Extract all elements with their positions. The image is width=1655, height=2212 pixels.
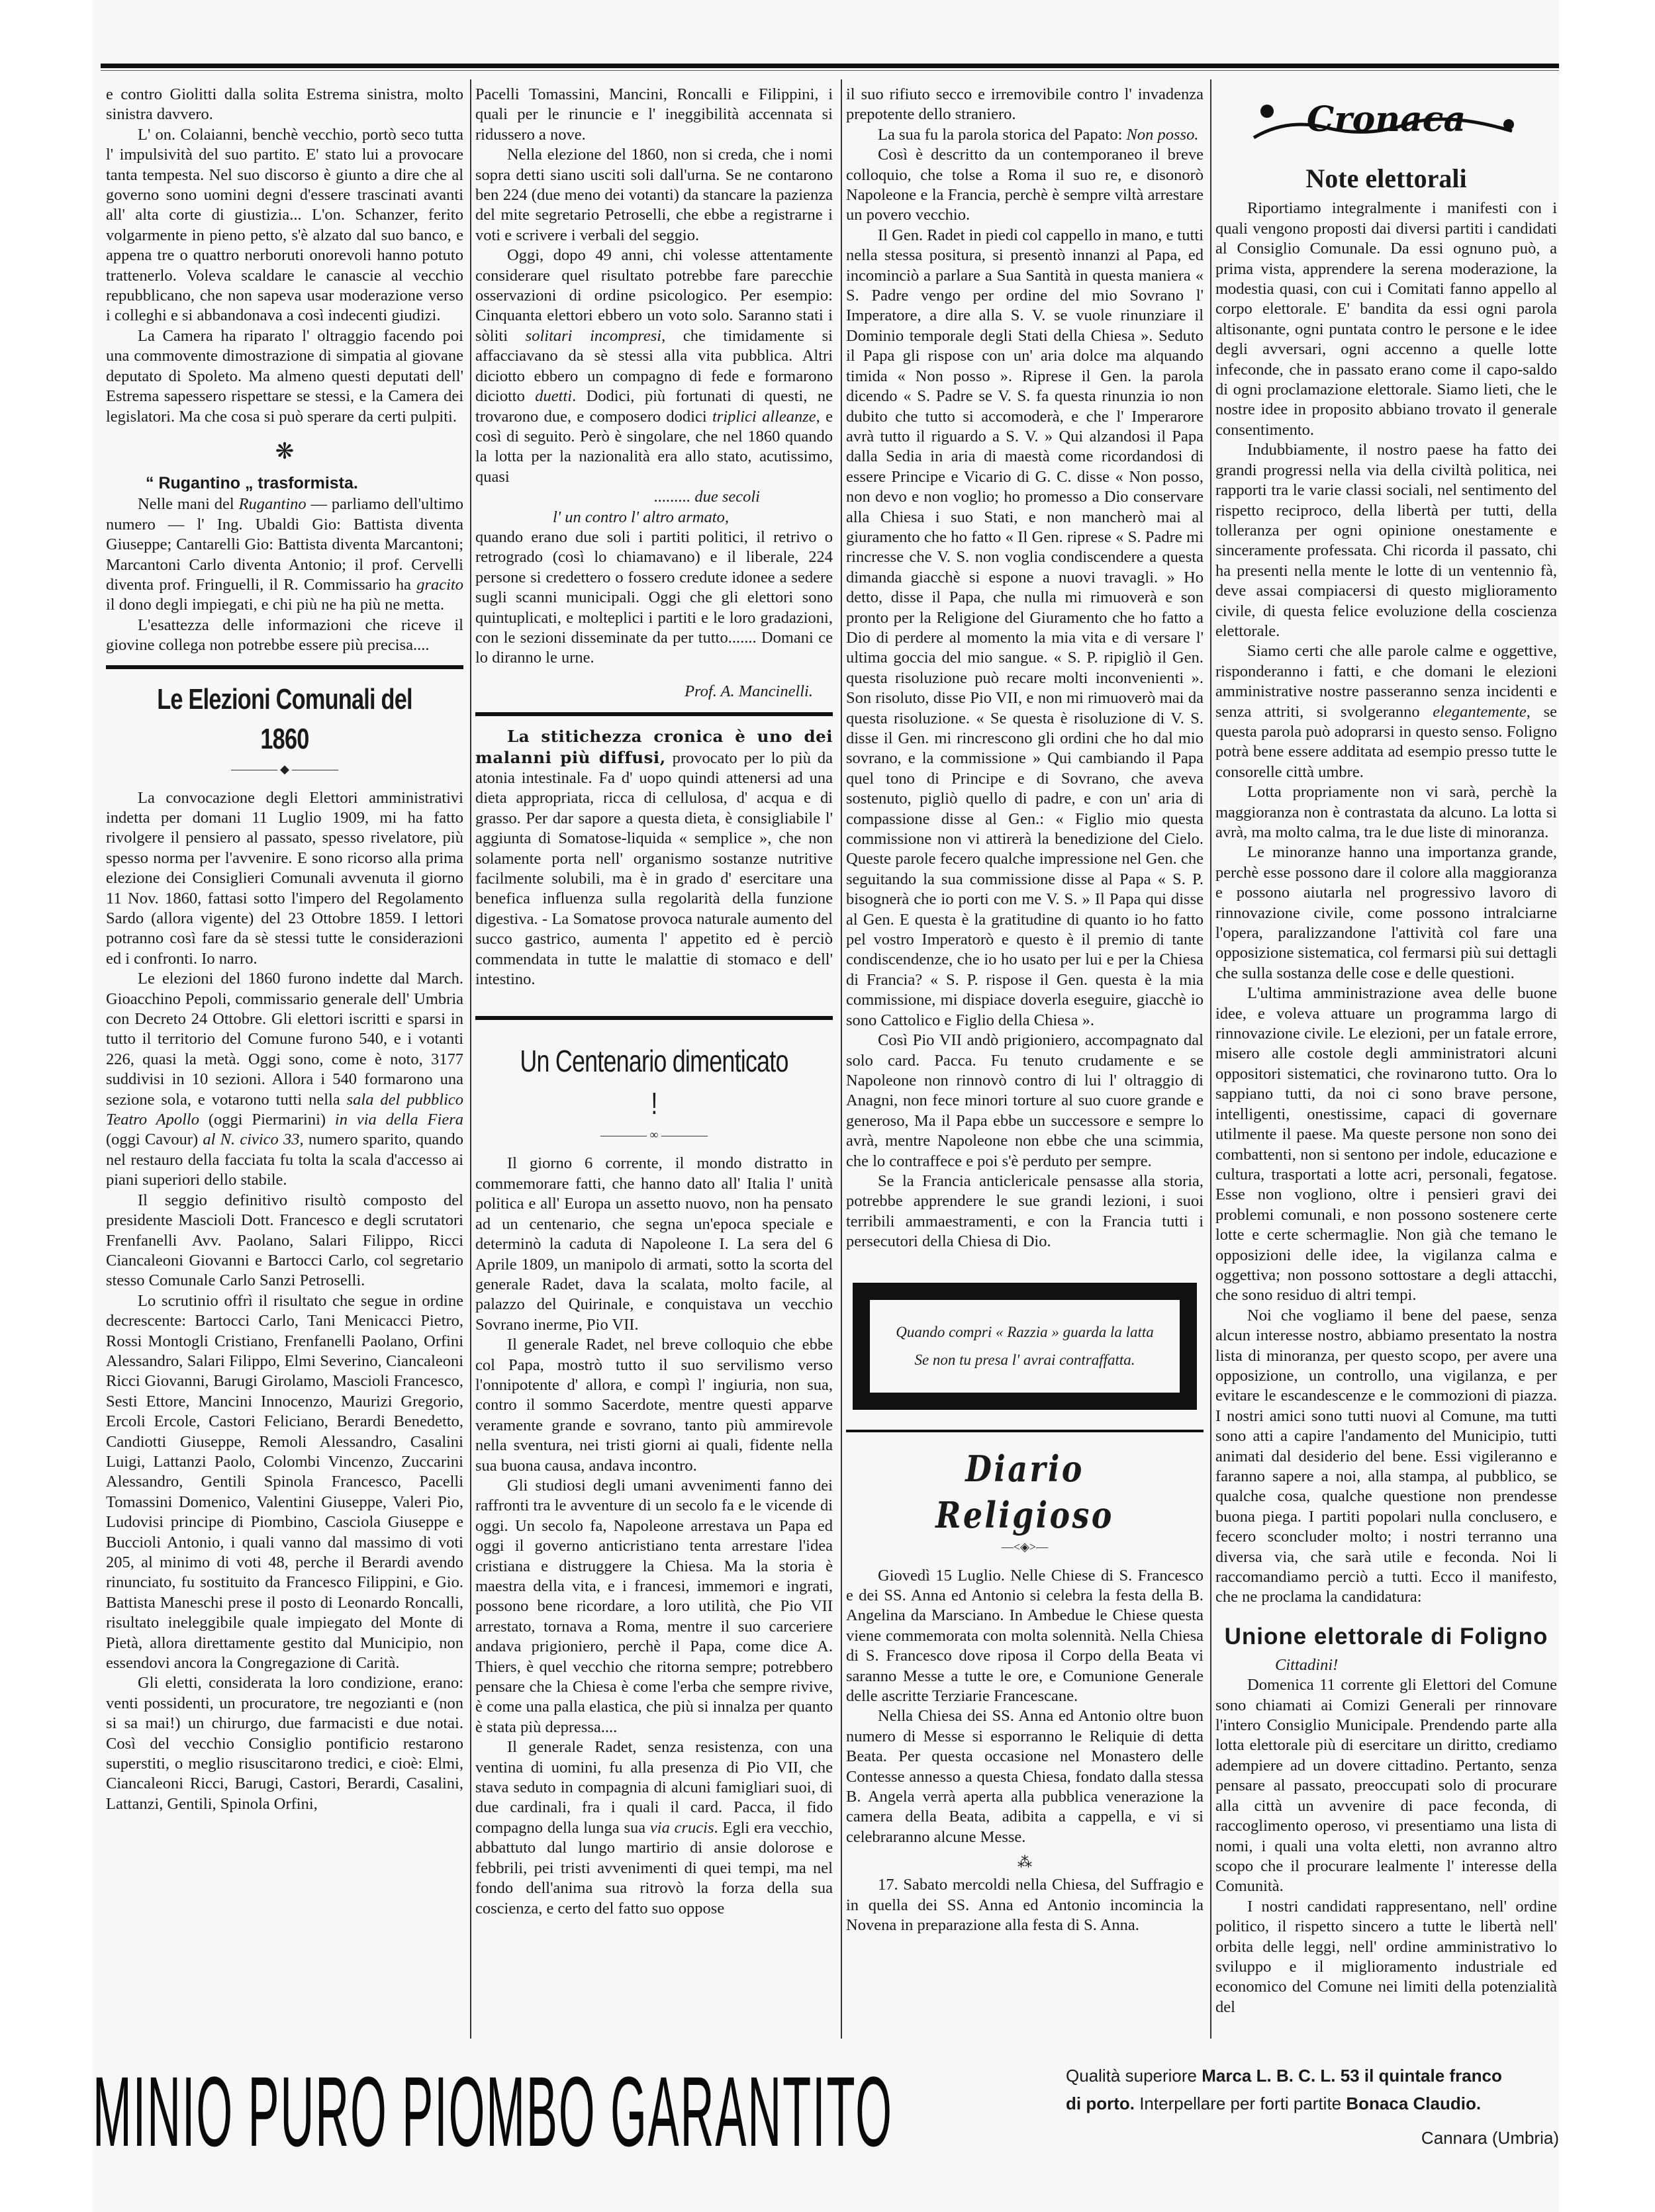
article-paragraph: Il seggio definitivo risultò composto de…	[106, 1191, 463, 1291]
top-rule	[101, 64, 1559, 68]
cronaca-masthead: Cronaca	[1215, 91, 1557, 156]
article-paragraph: Nella Chiesa dei SS. Anna ed Antonio olt…	[846, 1706, 1204, 1847]
article-paragraph: La convocazione degli Elettori amministr…	[106, 788, 463, 970]
diario-religioso-heading: Diario Religioso	[873, 1446, 1177, 1538]
divider-ornament-icon: ◆	[106, 762, 463, 776]
frame-line: Quando compri « Razzia » guarda la latta	[883, 1318, 1166, 1346]
centenario-heading: Un Centenario dimenticato !	[514, 1040, 793, 1125]
article-paragraph: Gli eletti, considerata la loro condizio…	[106, 1673, 463, 1814]
article-paragraph: Giovedì 15 Luglio. Nelle Chiese di S. Fr…	[846, 1566, 1204, 1707]
divider-ornament-icon: ∞	[475, 1127, 833, 1142]
column-1: e contro Giolitti dalla solita Estrema s…	[106, 85, 463, 1814]
author-signature: Prof. A. Mancinelli.	[475, 682, 813, 702]
article-paragraph: Le minoranze hanno una importanza grande…	[1215, 843, 1557, 984]
article-paragraph: Il generale Radet, nel breve colloquio c…	[475, 1335, 833, 1476]
advertisement-headline: MINIO PURO PIOMBO GARANTITO	[93, 2055, 553, 2168]
elezioni-heading: Le Elezioni Comunali del 1860	[145, 680, 424, 759]
article-paragraph: Gli studiosi degli umani avvenimenti fan…	[475, 1476, 833, 1737]
minio-advertisement: MINIO PURO PIOMBO GARANTITO Qualità supe…	[93, 2055, 1559, 2188]
verse-line: ......... due secoli	[475, 487, 833, 507]
article-paragraph: I nostri candidati rappresentano, nell' …	[1215, 1897, 1557, 2017]
article-paragraph: Se la Francia anticlericale pensasse all…	[846, 1172, 1204, 1252]
article-paragraph: Lotta propriamente non vi sarà, perchè l…	[1215, 782, 1557, 843]
article-paragraph: Nelle mani del Rugantino — parliamo dell…	[106, 494, 463, 615]
article-paragraph: L'ultima amministrazione avea delle buon…	[1215, 984, 1557, 1306]
article-paragraph: e contro Giolitti dalla solita Estrema s…	[106, 85, 463, 125]
article-paragraph: Domenica 11 corrente gli Elettori del Co…	[1215, 1675, 1557, 1896]
salutation: Cittadini!	[1215, 1655, 1557, 1675]
section-rule	[475, 712, 833, 716]
article-paragraph: Le elezioni del 1860 furono indette dal …	[106, 969, 463, 1190]
article-paragraph: La sua fu la parola storica del Papato: …	[846, 125, 1204, 145]
note-elettorali-heading: Note elettorali	[1215, 160, 1557, 197]
ornament-star-icon: ❋	[106, 438, 463, 467]
article-paragraph: Noi che vogliamo il bene del paese, senz…	[1215, 1306, 1557, 1608]
razzia-advertisement-frame: Quando compri « Razzia » guarda la latta…	[853, 1283, 1197, 1410]
article-paragraph: 17. Sabato mercoldi nella Chiesa, del Su…	[846, 1875, 1204, 1935]
newspaper-page: e contro Giolitti dalla solita Estrema s…	[93, 0, 1559, 2212]
article-paragraph: Il giorno 6 corrente, il mondo distratto…	[475, 1154, 833, 1335]
article-paragraph: il suo rifiuto secco e irremovibile cont…	[846, 85, 1204, 125]
cronaca-floral-logo-icon: Cronaca	[1247, 91, 1525, 151]
rugantino-heading: “ Rugantino „ trasformista.	[106, 473, 463, 493]
frame-line: Se non tu presa l' avrai contraffatta.	[883, 1346, 1166, 1374]
article-paragraph: La Camera ha riparato l' oltraggio facen…	[106, 326, 463, 427]
column-2: Pacelli Tomassini, Mancini, Roncalli e F…	[475, 85, 833, 1919]
article-paragraph: Lo scrutinio offrì il risultato che segu…	[106, 1291, 463, 1674]
unione-elettorale-heading: Unione elettorale di Foligno	[1215, 1620, 1557, 1654]
article-paragraph: Così Pio VII andò prigioniero, accompagn…	[846, 1031, 1204, 1172]
advertisement-paragraph: La stitichezza cronica è uno dei malanni…	[475, 727, 833, 990]
ad-line: di porto. Interpellare per forti partite…	[1066, 2090, 1559, 2117]
section-rule	[475, 1016, 833, 1020]
article-paragraph: Così è descritto da un contemporaneo il …	[846, 145, 1204, 226]
asterism-icon: ⁂	[846, 1857, 1204, 1868]
verse-line: l' un contro l' altro armato,	[475, 508, 833, 528]
column-divider	[470, 79, 471, 2039]
column-divider	[1210, 79, 1211, 2039]
article-paragraph: Pacelli Tomassini, Mancini, Roncalli e F…	[475, 85, 833, 145]
article-paragraph: Il generale Radet, senza resistenza, con…	[475, 1737, 833, 1919]
section-rule	[106, 665, 463, 669]
divider-ornament-icon: —<◈>—	[846, 1540, 1204, 1554]
column-4: Cronaca Note elettorali Riportiamo integ…	[1215, 85, 1557, 2017]
svg-text:Cronaca: Cronaca	[1307, 99, 1466, 140]
article-paragraph: Il Gen. Radet in piedi col cappello in m…	[846, 226, 1204, 1031]
section-rule	[846, 1430, 1204, 1432]
article-paragraph: Nella elezione del 1860, non si creda, c…	[475, 145, 833, 246]
article-paragraph: Oggi, dopo 49 anni, chi volesse attentam…	[475, 246, 833, 487]
article-paragraph: quando erano due soli i partiti politici…	[475, 528, 833, 668]
ad-place: Cannara (Umbria)	[1066, 2124, 1559, 2152]
top-rule-thin	[101, 70, 1559, 71]
column-3: il suo rifiuto secco e irremovibile cont…	[846, 85, 1204, 1935]
ad-line: Qualità superiore Marca L. B. C. L. 53 i…	[1066, 2062, 1559, 2090]
advertisement-details: Qualità superiore Marca L. B. C. L. 53 i…	[1066, 2062, 1559, 2152]
article-paragraph: L'esattezza delle informazioni che ricev…	[106, 616, 463, 656]
column-divider	[841, 79, 842, 2039]
article-paragraph: L' on. Colaianni, benchè vecchio, portò …	[106, 125, 463, 326]
article-paragraph: Riportiamo integralmente i manifesti con…	[1215, 199, 1557, 440]
article-paragraph: Siamo certi che alle parole calme e ogge…	[1215, 641, 1557, 782]
article-paragraph: Indubbiamente, il nostro paese ha fatto …	[1215, 440, 1557, 641]
